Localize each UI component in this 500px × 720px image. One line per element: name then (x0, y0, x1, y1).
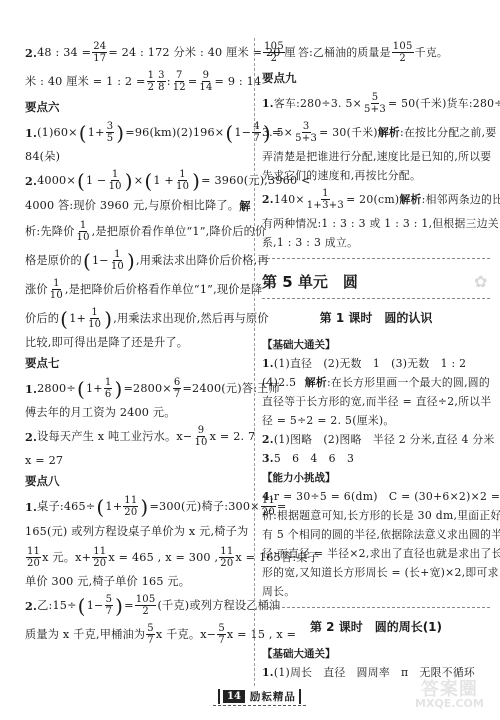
text-line: 3. 5× 35+3 = 30(千米) 解析 :在按比分配之前,要 (262, 118, 490, 147)
footer-bar (218, 689, 220, 704)
answer-2-line: 2. 140× 11+3+3 = 20(cm) 解析 :相邻两条边的比 (262, 185, 490, 214)
fraction: 1052 (263, 41, 285, 64)
column-divider (254, 38, 255, 686)
text-line: 傅去年的月工资为 2400 元。 (25, 403, 247, 422)
fraction: 1120 (26, 546, 41, 569)
fraction: 57 (146, 623, 155, 646)
page-footer: 14 励耘精品 (213, 688, 306, 706)
text-line: 比较,即可得出是降了还是升了。 (25, 333, 247, 352)
answer-4-line: 4. r = 30÷5 = 6(dm) C = (30+6×2)×2 = 84(… (262, 487, 490, 506)
text-line: 系,1 : 3 : 3 成立。 (262, 233, 490, 252)
fraction: 110 (87, 307, 102, 330)
answer-2-ratio-line-1: 2. 48 : 34 = 2417 = 24 : 17 2 分米 : 40 厘米… (25, 38, 247, 67)
text-line: 弄清楚是把谁进行分配,速度比是已知的,所以要 (262, 147, 490, 166)
fraction: 38 (157, 70, 166, 93)
fraction: 11+3+3 (306, 188, 345, 211)
text-line: 有两种情况:1 : 3 : 3 或 1 : 3 : 1,但根据三边关 (262, 214, 490, 233)
fraction: 712 (172, 70, 187, 93)
fraction: 110 (76, 220, 91, 243)
fraction: 16 (104, 377, 113, 400)
text-line: 84(朵) (25, 147, 247, 166)
fraction: 1052 (135, 594, 157, 617)
page-number: 14 (223, 690, 245, 703)
fraction: 1052 (392, 41, 414, 64)
fraction: 12 (147, 70, 156, 93)
answer-1-line: 1. (1)直径 (2)无数 1 (3)无数 1 : 2 (262, 354, 490, 373)
fraction: 1120 (92, 546, 107, 569)
fraction: 67 (173, 377, 182, 400)
text-line: 1052 答:乙桶油的质量是 1052 千克。 (262, 38, 490, 67)
section-tag-basic: 【基础大通关】 (262, 644, 490, 663)
fraction: 110 (175, 169, 190, 192)
text-line: (4)2.5 解析 :在长方形里画一个最大的圆,圆的 (262, 373, 490, 392)
flower-icon: ✿ (474, 274, 490, 290)
brand-name: 励耘精品 (250, 689, 296, 704)
watermark: 答案圈 MXQE.COM (415, 683, 484, 711)
fraction: 35+3 (294, 121, 318, 144)
footer-bar (299, 689, 301, 704)
fraction: 110 (49, 278, 64, 301)
answer-1-line: 1. 2800÷ (1+ 16) =2800× 67 =2400(元) 答:王师 (25, 374, 247, 403)
section-heading-point-7: 要点七 (25, 352, 247, 374)
fraction: 910 (193, 425, 208, 448)
fraction: 110 (108, 169, 123, 192)
right-column: 1052 答:乙桶油的质量是 1052 千克。 要点九 1. 客车:280÷3.… (262, 38, 490, 682)
section-heading-point-9: 要点九 (262, 67, 490, 89)
lesson-title-1: 第 1 课时 圆的认识 (262, 299, 490, 335)
fraction: 57 (105, 594, 114, 617)
text-line: 形的宽,又知道长方形周长 = (长+宽)×2,即可求出 (262, 563, 490, 582)
text-line: 析:先降价 110 ,是把原价看作单位“1”,降价后的价 (25, 217, 247, 246)
fraction: 110 (110, 249, 125, 272)
unit-title: 第 5 单元 圆 ✿ (262, 265, 490, 299)
text-line: 周长。 (262, 582, 490, 601)
text-line: 有 5 个相同的圆的半径,依据除法意义求出圆的半 (262, 525, 490, 544)
section-heading-point-6: 要点六 (25, 96, 247, 118)
text-line: 单价 300 元,椅子单价 165 元。 (25, 572, 247, 591)
text-line: 先求它们的速度和,再按比分配。 (262, 166, 490, 185)
fraction: 55+3 (363, 92, 387, 115)
answer-2-line: 2. (1)图略 (2)图略 半径 2 分米,直径 4 分米 (262, 430, 490, 449)
answer-2-line: 2. 4000× (1 − 110) × (1 + 110) = 3960(元)… (25, 166, 247, 195)
answer-2-ratio-line-2: 米 : 40 厘米 = 1 : 2 = 12 38 : 712 = 914 = … (25, 67, 247, 96)
text-line: x = 27 (25, 451, 247, 470)
answer-2-line: 2. 设每天产生 x 吨工业污水。 x− 910 x = 2. 7 (25, 422, 247, 451)
text-line: 质量为 x 千克,甲桶油为 57 x 千克。x− 57 x = 15 , x = (25, 620, 247, 649)
answer-1-line: 1. 客车:280÷3. 5× 55+3 = 50(千米) 货车:280÷ (262, 89, 490, 118)
document-page: 2. 48 : 34 = 2417 = 24 : 17 2 分米 : 40 厘米… (0, 0, 500, 720)
fraction: 1120 (123, 495, 138, 518)
fraction: 1120 (219, 546, 234, 569)
dashed-divider (262, 258, 490, 259)
text-line: 析:根据题意可知,长方形的长是 30 dm,里面正好 (262, 506, 490, 525)
lesson-title-2: 第 2 课时 圆的周长(1) (262, 608, 490, 644)
section-tag-basic: 【基础大通关】 (262, 335, 490, 354)
fraction: 57 (217, 623, 226, 646)
text-line: 165(元) 或列方程设桌子单价为 x 元,椅子为 (25, 521, 247, 543)
text-line: 价后的 (1+ 110) ,用乘法求出现价,然后再与原价 (25, 304, 247, 333)
text-line: 涨价 110 ,是把降价后价格看作单位“1”,现价是降 (25, 275, 247, 304)
answer-3-line: 3. 5 6 4 6 3 (262, 449, 490, 468)
answer-2-line: 2. 乙:15÷ (1− 57) = 1052 (千克)或列方程设乙桶油 (25, 591, 247, 620)
section-tag-challenge: 【能力小挑战】 (262, 468, 490, 487)
fraction: 914 (198, 70, 213, 93)
fraction: 2417 (92, 41, 107, 64)
text-line: 径 = 5÷2 = 2. 5(厘米)。 (262, 411, 490, 430)
left-column: 2. 48 : 34 = 2417 = 24 : 17 2 分米 : 40 厘米… (25, 38, 247, 649)
text-line: 1120 x 元。x+ 1120 x = 465 , x = 300 , 112… (25, 543, 247, 572)
text-line: 4000 答:现价 3960 元,与原价相比降了。 解 (25, 195, 247, 217)
answer-1-line: 1. (1)60× (1+ 35) =96(km) (2)196× (1− 47… (25, 118, 247, 147)
fraction: 35 (106, 121, 115, 144)
text-line: 格是原价的 (1− 110) ,用乘法求出降价后价格,再 (25, 246, 247, 275)
text-line: 直径等于长方形的宽,而半径 = 直径÷2,所以半 (262, 392, 490, 411)
text-line: 径;而直径 = 半径×2,求出了直径也就是求出了长方 (262, 544, 490, 563)
answer-1-line: 1. 桌子:465÷ (1+ 1120) =300(元) 椅子:300× 112… (25, 492, 247, 521)
section-heading-point-8: 要点八 (25, 470, 247, 492)
